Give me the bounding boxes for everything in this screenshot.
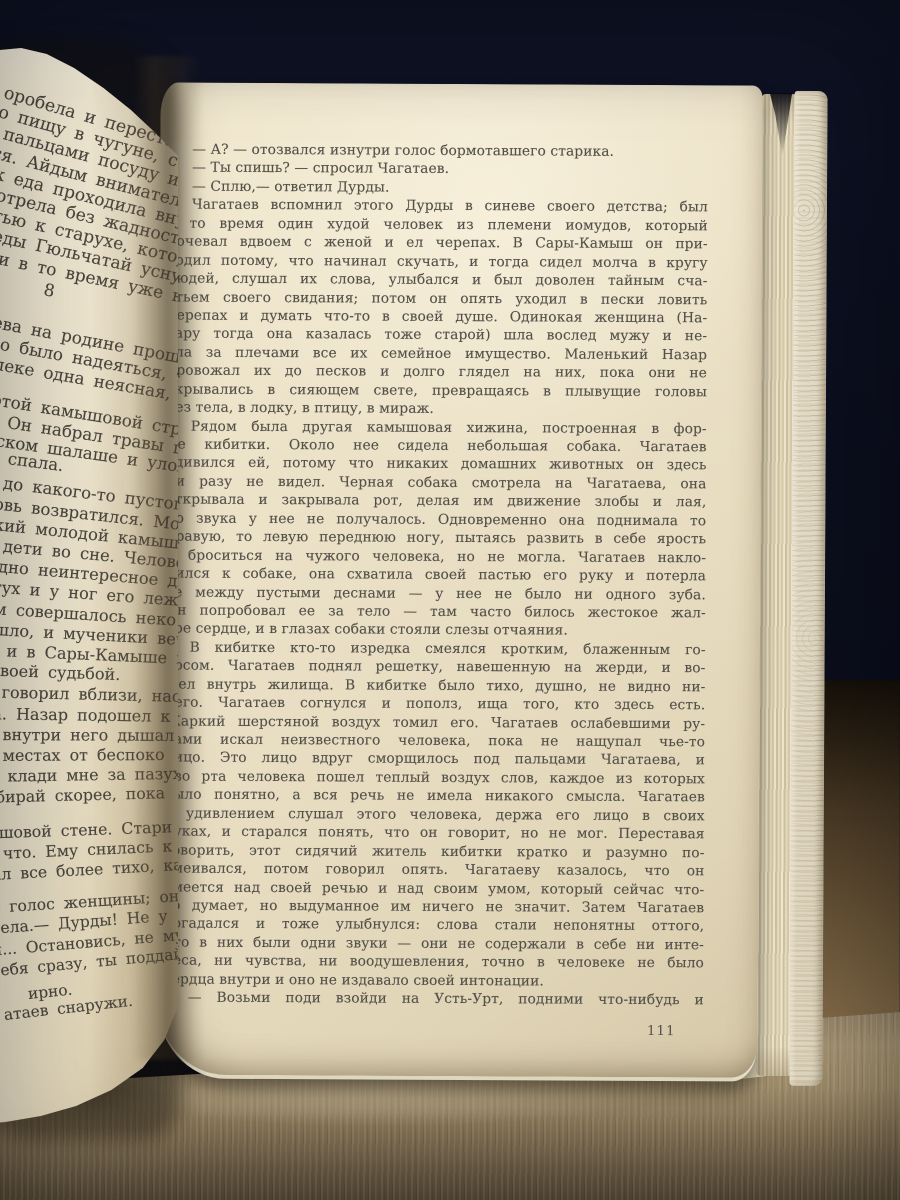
text-line: ниразуневидел.ЧернаясобакасмотреланаЧага… xyxy=(166,472,706,493)
text-line: без тела, в лодку, в птицу, в мираж. xyxy=(167,399,707,420)
book-gutter-crease xyxy=(132,56,204,1060)
text-line: тодумает,новыдуманноеимничегонезначит.За… xyxy=(164,896,704,917)
right-page-text: — А? — отозвался изнутри голос бормотавш… xyxy=(164,140,709,1009)
text-line: реса,ничувства,нивоодушевления,точновчел… xyxy=(164,952,704,973)
section-number: 8 xyxy=(42,279,56,301)
page-number: 111 xyxy=(164,1020,704,1039)
text-line: руках,истаралсяпонять,чтоонговорит,нонем… xyxy=(165,823,705,844)
text-line: слазаплечамивсеихсемейноеимущество.Мален… xyxy=(167,343,707,364)
book-photo: — А? — отозвался изнутри голос бормотавш… xyxy=(0,0,900,1200)
fragment-line: воей судьбой. xyxy=(0,661,121,684)
right-page: — А? — отозвался изнутри голос бормотавш… xyxy=(155,82,762,1077)
text-line: нилсяксобаке,онасхватиласвоейпастьюегору… xyxy=(166,565,706,586)
text-line: —ВозьмиподивзойдинаУсть-Урт,поднимичто-н… xyxy=(164,989,704,1010)
book-cover-edge xyxy=(789,91,827,1086)
